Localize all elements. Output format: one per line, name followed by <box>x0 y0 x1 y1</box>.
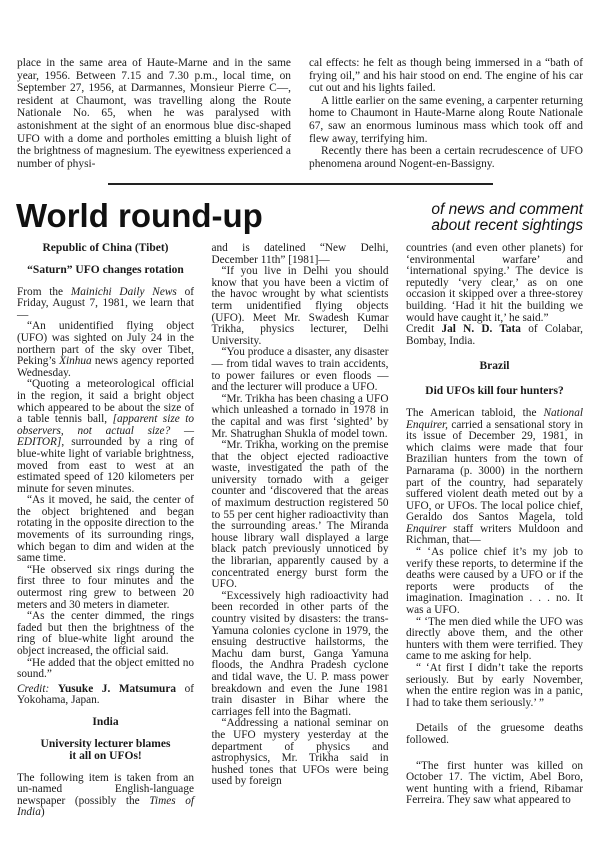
article-paragraph: countries (and even other planets) for ‘… <box>406 243 583 324</box>
top-article-paragraph: place in the same area of Haute-Marne an… <box>17 57 291 170</box>
source-title: Enquirer <box>406 523 446 535</box>
top-article: place in the same area of Haute-Marne an… <box>17 57 583 170</box>
column-2: and is datelined “New Delhi, December 11… <box>212 243 389 819</box>
country-heading-brazil: Brazil <box>406 361 583 373</box>
world-roundup-body: Republic of China (Tibet) “Saturn” UFO c… <box>17 243 583 819</box>
article-headline-saturn-ufo: “Saturn” UFO changes rotation <box>17 264 194 276</box>
article-headline-hunters: Did UFOs kill four hunters? <box>406 385 583 397</box>
subtitle-line: about recent sightings <box>431 218 583 234</box>
country-heading-china: Republic of China (Tibet) <box>17 243 194 255</box>
country-heading-india: India <box>17 717 194 729</box>
source-title: Xinhua <box>59 355 92 367</box>
article-paragraph: “As the center dimmed, the rings faded b… <box>17 611 194 657</box>
article-paragraph: “An unidentified flying object (UFO) was… <box>17 321 194 379</box>
article-paragraph: “Quoting a meteorological official in th… <box>17 379 194 495</box>
page-subtitle: of news and comment about recent sightin… <box>431 202 583 234</box>
top-article-paragraph: Recently there has been a certain recrud… <box>309 145 583 170</box>
article-paragraph: “ ‘The men died while the UFO was direct… <box>406 617 583 663</box>
column-3: countries (and even other planets) for ‘… <box>406 243 583 819</box>
article-paragraph: “Excessively high radioactivity had been… <box>212 591 389 719</box>
article-headline-lecturer: University lecturer blames it all on UFO… <box>17 738 194 762</box>
article-paragraph: “Addressing a national seminar on the UF… <box>212 718 389 788</box>
top-article-left-column: place in the same area of Haute-Marne an… <box>17 57 291 170</box>
article-paragraph: “Mr. Trikha, working on the premise that… <box>212 440 389 591</box>
article-credit: Credit Jal N. D. Tata of Colabar, Bombay… <box>406 324 583 347</box>
article-paragraph: “He added that the object emitted no sou… <box>17 658 194 681</box>
article-paragraph: “You produce a disaster, any disaster — … <box>212 347 389 393</box>
top-article-paragraph: A little earlier on the same evening, a … <box>309 95 583 145</box>
source-title: Mainichi Daily News <box>71 286 177 298</box>
section-divider-rule <box>108 183 493 185</box>
article-paragraph: From the Mainichi Daily News of Friday, … <box>17 287 194 322</box>
article-paragraph: “The first hunter was killed on October … <box>406 761 583 807</box>
credit-name: Jal N. D. Tata <box>441 323 520 335</box>
article-paragraph: The American tabloid, the National Enqui… <box>406 408 583 547</box>
article-credit: Credit: Yusuke J. Matsumura of Yokohama,… <box>17 684 194 707</box>
article-paragraph: “If you live in Delhi you should know th… <box>212 266 389 347</box>
article-paragraph: “ ‘At first I didn’t take the reports se… <box>406 663 583 709</box>
page-title: World round-up <box>16 196 263 236</box>
article-paragraph: and is datelined “New Delhi, December 11… <box>212 243 389 266</box>
column-1: Republic of China (Tibet) “Saturn” UFO c… <box>17 243 194 819</box>
top-article-right-column: cal effects: he felt as though being imm… <box>309 57 583 170</box>
article-paragraph: “Mr. Trikha has been chasing a UFO which… <box>212 394 389 440</box>
article-paragraph: “As it moved, he said, the center of the… <box>17 495 194 565</box>
credit-name: Yusuke J. Matsumura <box>58 683 176 695</box>
article-paragraph: “ ‘As police chief it’s my job to verify… <box>406 547 583 617</box>
top-article-paragraph: cal effects: he felt as though being imm… <box>309 57 583 95</box>
article-paragraph: Details of the gruesome deaths followed. <box>406 723 583 746</box>
subtitle-line: of news and comment <box>431 202 583 218</box>
article-paragraph: The following item is taken from an un-n… <box>17 773 194 819</box>
article-paragraph: “He observed six rings during the first … <box>17 565 194 611</box>
